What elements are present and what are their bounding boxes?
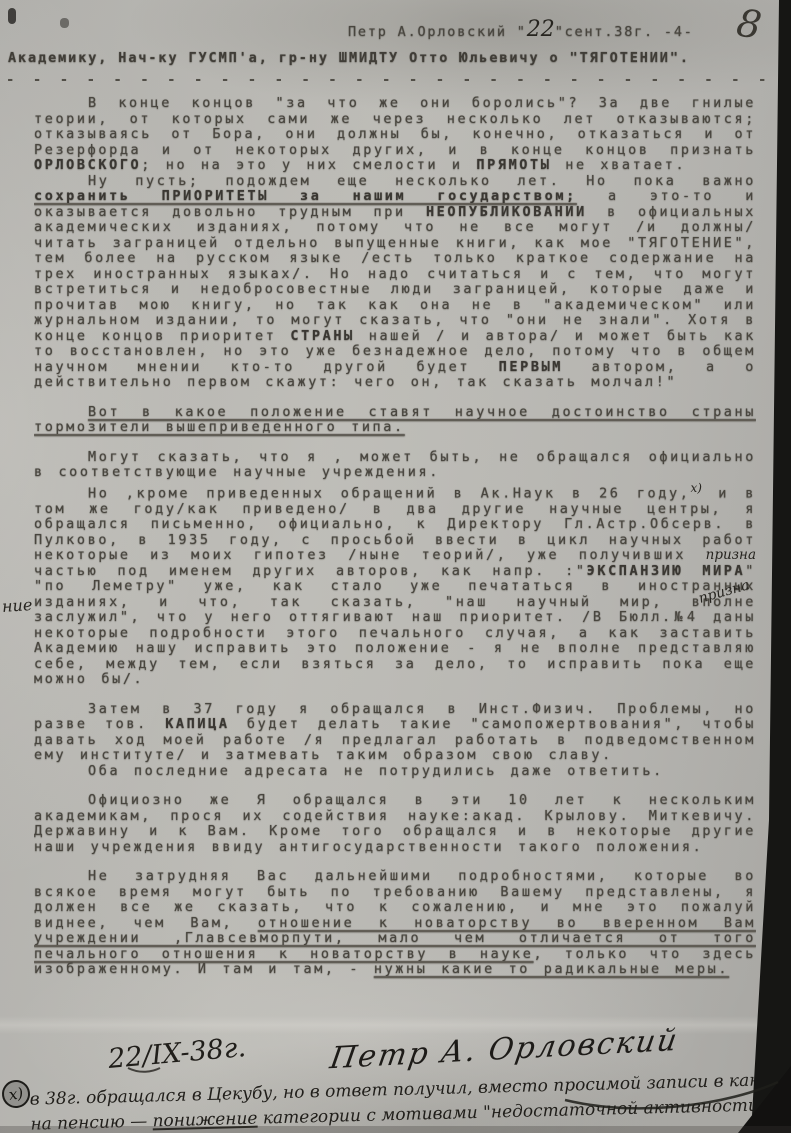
header-addressee: Академику, Нач-ку ГУСМП'а, гр-ну ШМИДТУ … — [8, 50, 690, 66]
paragraph-2: Ну пусть; подождем еще несколько лет. Но… — [34, 174, 756, 391]
paragraph-1: В конце концов "за что же они боролись"?… — [34, 96, 756, 174]
footnote-mark-circled: х) — [0, 1078, 32, 1110]
paragraph-4: Могут сказать, что я , может быть, не об… — [34, 450, 756, 481]
document-body: В конце концов "за что же они боролись"?… — [34, 96, 756, 1036]
header-author-date: Петр А.Орловский "22"сент.38г. -4- — [348, 24, 694, 40]
paragraph-6: Затем в 37 году я обращался в Инст.Физич… — [34, 702, 756, 764]
handwritten-footnote: в 38г. обращался в Цекубу, но в ответ по… — [29, 1068, 765, 1133]
handwritten-date: 22/IX-38г. — [107, 1032, 247, 1075]
scanned-letter-page: 8 Петр А.Орловский "22"сент.38г. -4- Ака… — [0, 0, 791, 1133]
paragraph-8: Официозно же Я обращался в эти 10 лет к … — [34, 793, 756, 855]
margin-note-left: ние — [1, 595, 33, 616]
dashed-separator: - - - - - - - - - - - - - - - - - - - - … — [6, 72, 784, 88]
paragraph-9: Не затрудняя Вас дальнейшими подробностя… — [34, 869, 756, 978]
paragraph-5: Но ,кроме приведенных обращений в Ак.Нау… — [34, 481, 756, 688]
paragraph-7: Оба последние адресата не потрудились да… — [34, 764, 756, 780]
handwritten-page-number: 8 — [734, 0, 765, 47]
paragraph-3-conclusion-underlined: Вот в какое положение ставят научное дос… — [34, 405, 756, 436]
